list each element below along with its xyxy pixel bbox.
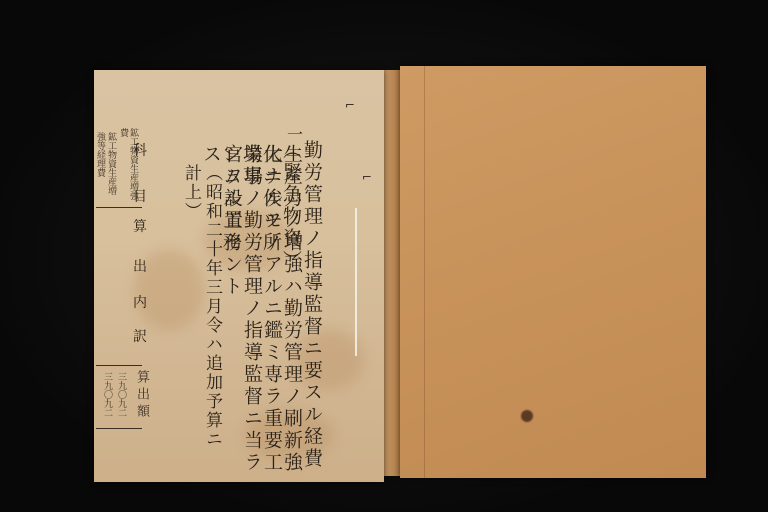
cover-fold bbox=[424, 66, 425, 478]
margin-rule bbox=[96, 365, 142, 366]
right-cover-page bbox=[400, 66, 706, 478]
label-breakdown: 内 bbox=[133, 292, 147, 312]
amount-label: 算出額 bbox=[132, 370, 151, 426]
label-breakdown: 出 bbox=[133, 256, 147, 276]
label-breakdown: 訳 bbox=[133, 326, 147, 346]
pencil-mark: ⌐ bbox=[345, 98, 355, 112]
margin-rule bbox=[96, 207, 142, 208]
date-note: （昭和二十年三月令ハ追加予算ニ計上） bbox=[180, 164, 222, 454]
margin-header-line: 強等経理費 bbox=[95, 132, 105, 204]
label-breakdown: 算 bbox=[133, 216, 147, 236]
binding-thread bbox=[355, 208, 357, 356]
label-kamoku-moku: 目 bbox=[133, 186, 147, 206]
pencil-mark: ⌐ bbox=[362, 170, 372, 184]
margin-rule bbox=[96, 428, 142, 429]
label-kamoku-ka: 科 bbox=[133, 140, 147, 160]
amount-value: 三九〇九二 bbox=[116, 372, 126, 428]
amount-value: 三九〇九二 bbox=[102, 372, 112, 428]
stain-spot bbox=[521, 410, 533, 422]
margin-header-line: 鉱工物資生産増 bbox=[106, 132, 116, 204]
